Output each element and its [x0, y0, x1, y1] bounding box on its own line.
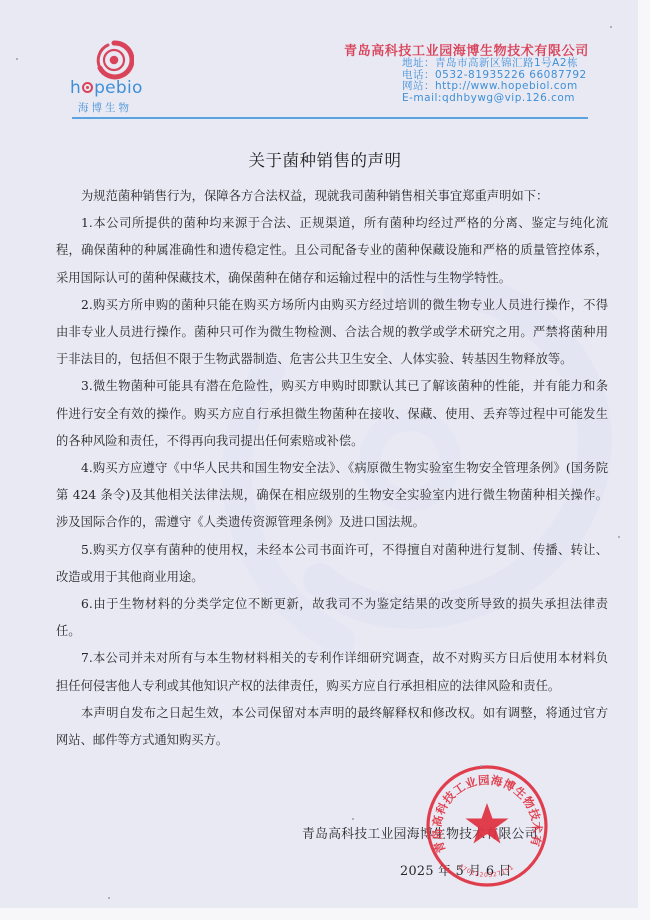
document-title: 关于菌种销售的声明 [0, 147, 638, 171]
clause-5: 5.购买方仅享有菌种的使用权，未经本公司书面许可，不得擅自对菌种进行复制、传播、… [56, 537, 608, 591]
logo-chinese-name: 海博生物 [78, 100, 132, 115]
company-logo: hpebio 海博生物 [70, 40, 160, 110]
clause-7: 7.本公司并未对所有与本生物材料相关的专利作详细研究调查，故不对购买方日后使用本… [56, 645, 608, 699]
clause-2: 2.购买方所申购的菌种只能在购买方场所内由购买方经过培训的微生物专业人员进行操作… [56, 292, 608, 374]
document-body: 为规范菌种销售行为，保障各方合法权益，现就我司菌种销售相关事宜郑重声明如下： 1… [56, 183, 608, 754]
contact-address: 地址：青岛市高新区锦汇路1号A2栋 [402, 58, 587, 70]
clause-4: 4.购买方应遵守《中华人民共和国生物安全法》、《病原微生物实验室生物安全管理条例… [56, 455, 608, 537]
logo-wordmark: hpebio [70, 78, 143, 98]
clause-6: 6.由于生物材料的分类学定位不断更新，故我司不为鉴定结果的改变所导致的损失承担法… [56, 591, 608, 645]
contact-website: 网站：http://www.hopebiol.com [402, 81, 587, 93]
svg-text:青岛高科技工业园海博生物技术有限公司: 青岛高科技工业园海博生物技术有限公司 [424, 763, 544, 855]
official-seal-icon: 青岛高科技工业园海博生物技术有限公司 3702120327151 [424, 763, 550, 889]
scan-margin-bottom [0, 908, 650, 920]
document-page: hpebio 海博生物 青岛高科技工业园海博生物技术有限公司 地址：青岛市高新区… [0, 0, 638, 908]
contact-email: E-mail:qdhbywg@vip.126.com [402, 93, 587, 105]
logo-o-icon [82, 82, 93, 93]
letterhead-contact: 地址：青岛市高新区锦汇路1号A2栋 电话：0532-81935226 66087… [402, 58, 587, 104]
closing-paragraph: 本声明自发布之日起生效，本公司保留对本声明的最终解释权和修改权。如有调整，将通过… [56, 700, 608, 754]
letterhead-divider [72, 117, 588, 119]
logo-swirl-icon [94, 40, 134, 80]
intro-paragraph: 为规范菌种销售行为，保障各方合法权益，现就我司菌种销售相关事宜郑重声明如下： [56, 183, 608, 210]
clause-3: 3.微生物菌种可能具有潜在危险性，购买方申购时即默认其已了解该菌种的性能，并有能… [56, 373, 608, 455]
clause-1: 1.本公司所提供的菌种均来源于合法、正规渠道，所有菌种均经过严格的分离、鉴定与纯… [56, 210, 608, 292]
svg-text:3702120327151: 3702120327151 [457, 863, 515, 879]
scan-margin-right [638, 0, 650, 920]
